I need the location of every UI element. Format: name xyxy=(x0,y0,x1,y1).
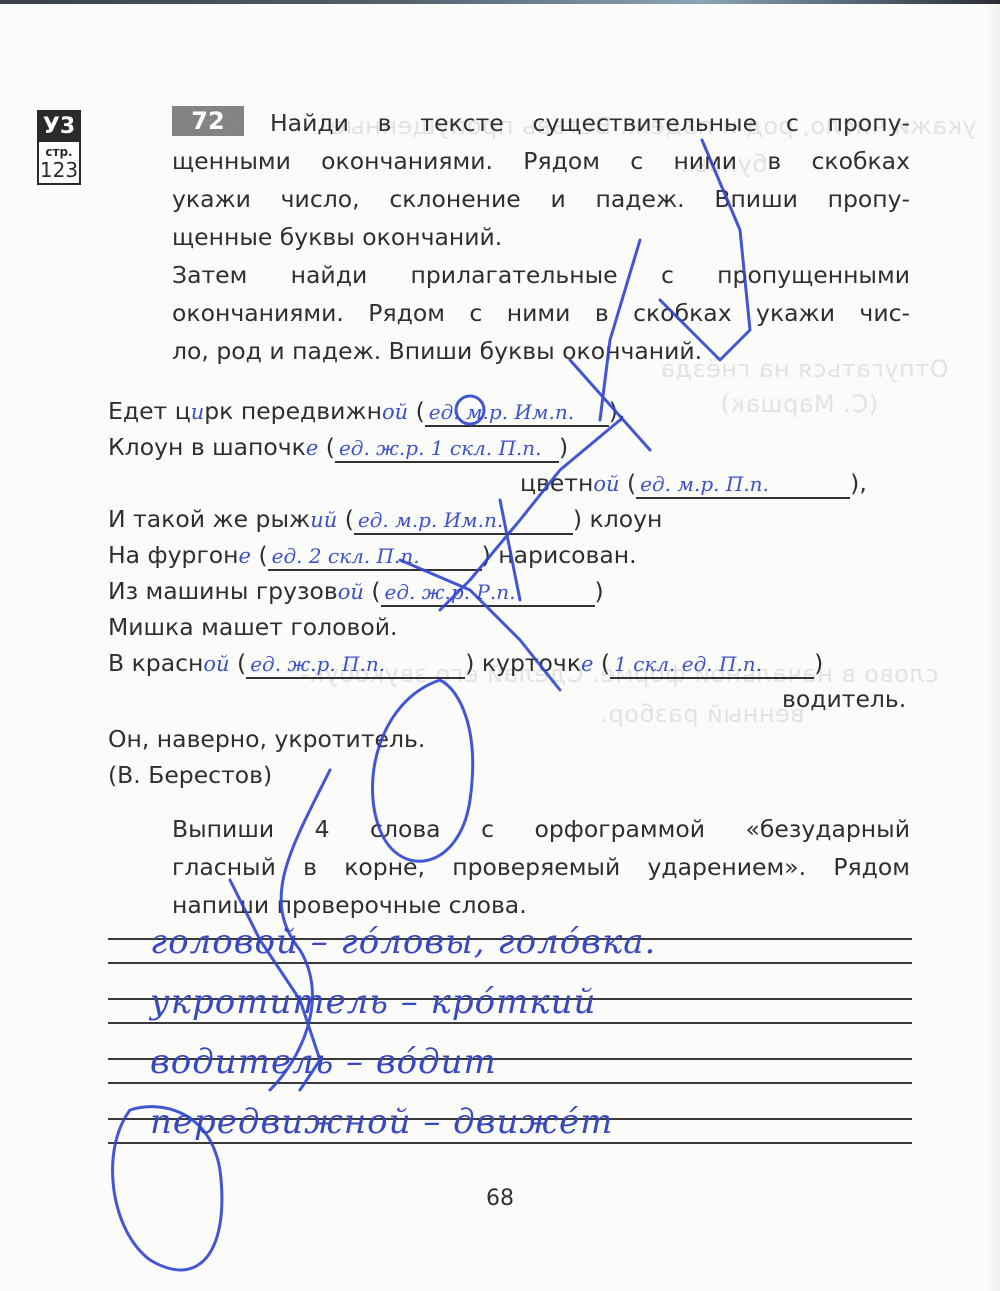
poem-line: цветной (ед. м.р. П.п.), xyxy=(520,464,867,503)
page-edge-shadow xyxy=(986,0,1000,1291)
filled-ending[interactable]: ий xyxy=(310,508,337,532)
instruction-line: щенными окончаниями. Рядом с ними в скоб… xyxy=(172,142,910,180)
instruction-line: Найди в тексте существительные с пропу- xyxy=(270,104,910,142)
task2-instruction-line: Выпиши 4 слова с орфограммой «безударный xyxy=(172,810,910,848)
exercise-number: 72 xyxy=(172,106,244,136)
filled-ending[interactable]: е xyxy=(581,652,593,676)
reference-exercise: У3 xyxy=(39,112,79,142)
ruled-line xyxy=(108,962,912,964)
instruction-line: окончаниями. Рядом с ними в скобках укаж… xyxy=(172,294,910,332)
answer-blank[interactable]: ед. м.р. Им.п. xyxy=(425,399,609,427)
instruction-line: ло, род и падеж. Впиши буквы окончаний. xyxy=(172,332,702,370)
filled-letter[interactable]: и xyxy=(191,400,205,424)
bleed-through-line: (С. Маршак) xyxy=(720,390,878,418)
poem-author: (В. Берестов) xyxy=(108,756,272,794)
ruled-line xyxy=(108,1082,912,1084)
scan-top-edge xyxy=(0,0,1000,4)
handwritten-answer[interactable]: водитель – вóдит xyxy=(150,1042,497,1082)
poem-line: водитель. xyxy=(782,680,906,718)
bleed-through-line: Отпугаться на гнёзда xyxy=(660,355,949,383)
filled-ending[interactable]: ой xyxy=(382,400,408,424)
reference-badge: У3 стр. 123 xyxy=(37,110,81,185)
poem-line: Мишка машет головой. xyxy=(108,608,397,646)
answer-blank[interactable]: ед. м.р. П.п. xyxy=(636,471,850,499)
poem-line: И такой же рыжий (ед. м.р. Им.п.) клоун xyxy=(108,500,662,539)
bleed-through-line: венный разбор. xyxy=(600,700,805,728)
instruction-line: Затем найди прилагательные с пропущенным… xyxy=(172,256,910,294)
poem-line: На фургоне (ед. 2 скл. П.п.) нарисован. xyxy=(108,536,637,575)
answer-blank[interactable]: ед. м.р. Им.п. xyxy=(354,507,573,535)
filled-ending[interactable]: ой xyxy=(593,472,619,496)
handwritten-answer[interactable]: головой – гóловы, голóвка. xyxy=(150,922,656,962)
filled-ending[interactable]: ой xyxy=(203,652,229,676)
poem-line: Он, наверно, укротитель. xyxy=(108,720,425,758)
poem-line: Едет цирк передвижной (ед. м.р. Им.п.), xyxy=(108,392,625,431)
page-number: 68 xyxy=(486,1186,514,1211)
task2-instruction-line: гласный в корне, проверяемый ударением».… xyxy=(172,848,910,886)
poem-line: Клоун в шапочке (ед. ж.р. 1 скл. П.п.) xyxy=(108,428,568,467)
handwritten-answer[interactable]: передвижной – движéт xyxy=(150,1102,613,1142)
ruled-line xyxy=(108,1142,912,1144)
poem-line: В красной (ед. ж.р. П.п.) курточке (1 ск… xyxy=(108,644,823,683)
filled-ending[interactable]: ой xyxy=(338,580,364,604)
filled-ending[interactable]: е xyxy=(239,544,251,568)
answer-blank[interactable]: ед. ж.р. П.п. xyxy=(246,651,465,679)
answer-blank[interactable]: ед. ж.р. 1 скл. П.п. xyxy=(335,435,559,463)
handwritten-answer[interactable]: укротитель – крóткий xyxy=(150,982,596,1022)
filled-ending[interactable]: е xyxy=(306,436,318,460)
task2-instruction-line: напиши проверочные слова. xyxy=(172,886,527,924)
instruction-line: укажи число, склонение и падеж. Впиши пр… xyxy=(172,180,910,218)
reference-page-label: стр. xyxy=(39,142,79,159)
answer-blank[interactable]: 1 скл. ед. П.п. xyxy=(610,651,814,679)
answer-blank[interactable]: ед. ж.р. Р.п. xyxy=(381,579,595,607)
reference-page-number: 123 xyxy=(39,159,79,183)
ruled-line xyxy=(108,1022,912,1024)
instruction-line: щенные буквы окончаний. xyxy=(172,218,502,256)
poem-line: Из машины грузовой (ед. ж.р. Р.п.) xyxy=(108,572,604,611)
answer-blank[interactable]: ед. 2 скл. П.п. xyxy=(268,543,482,571)
